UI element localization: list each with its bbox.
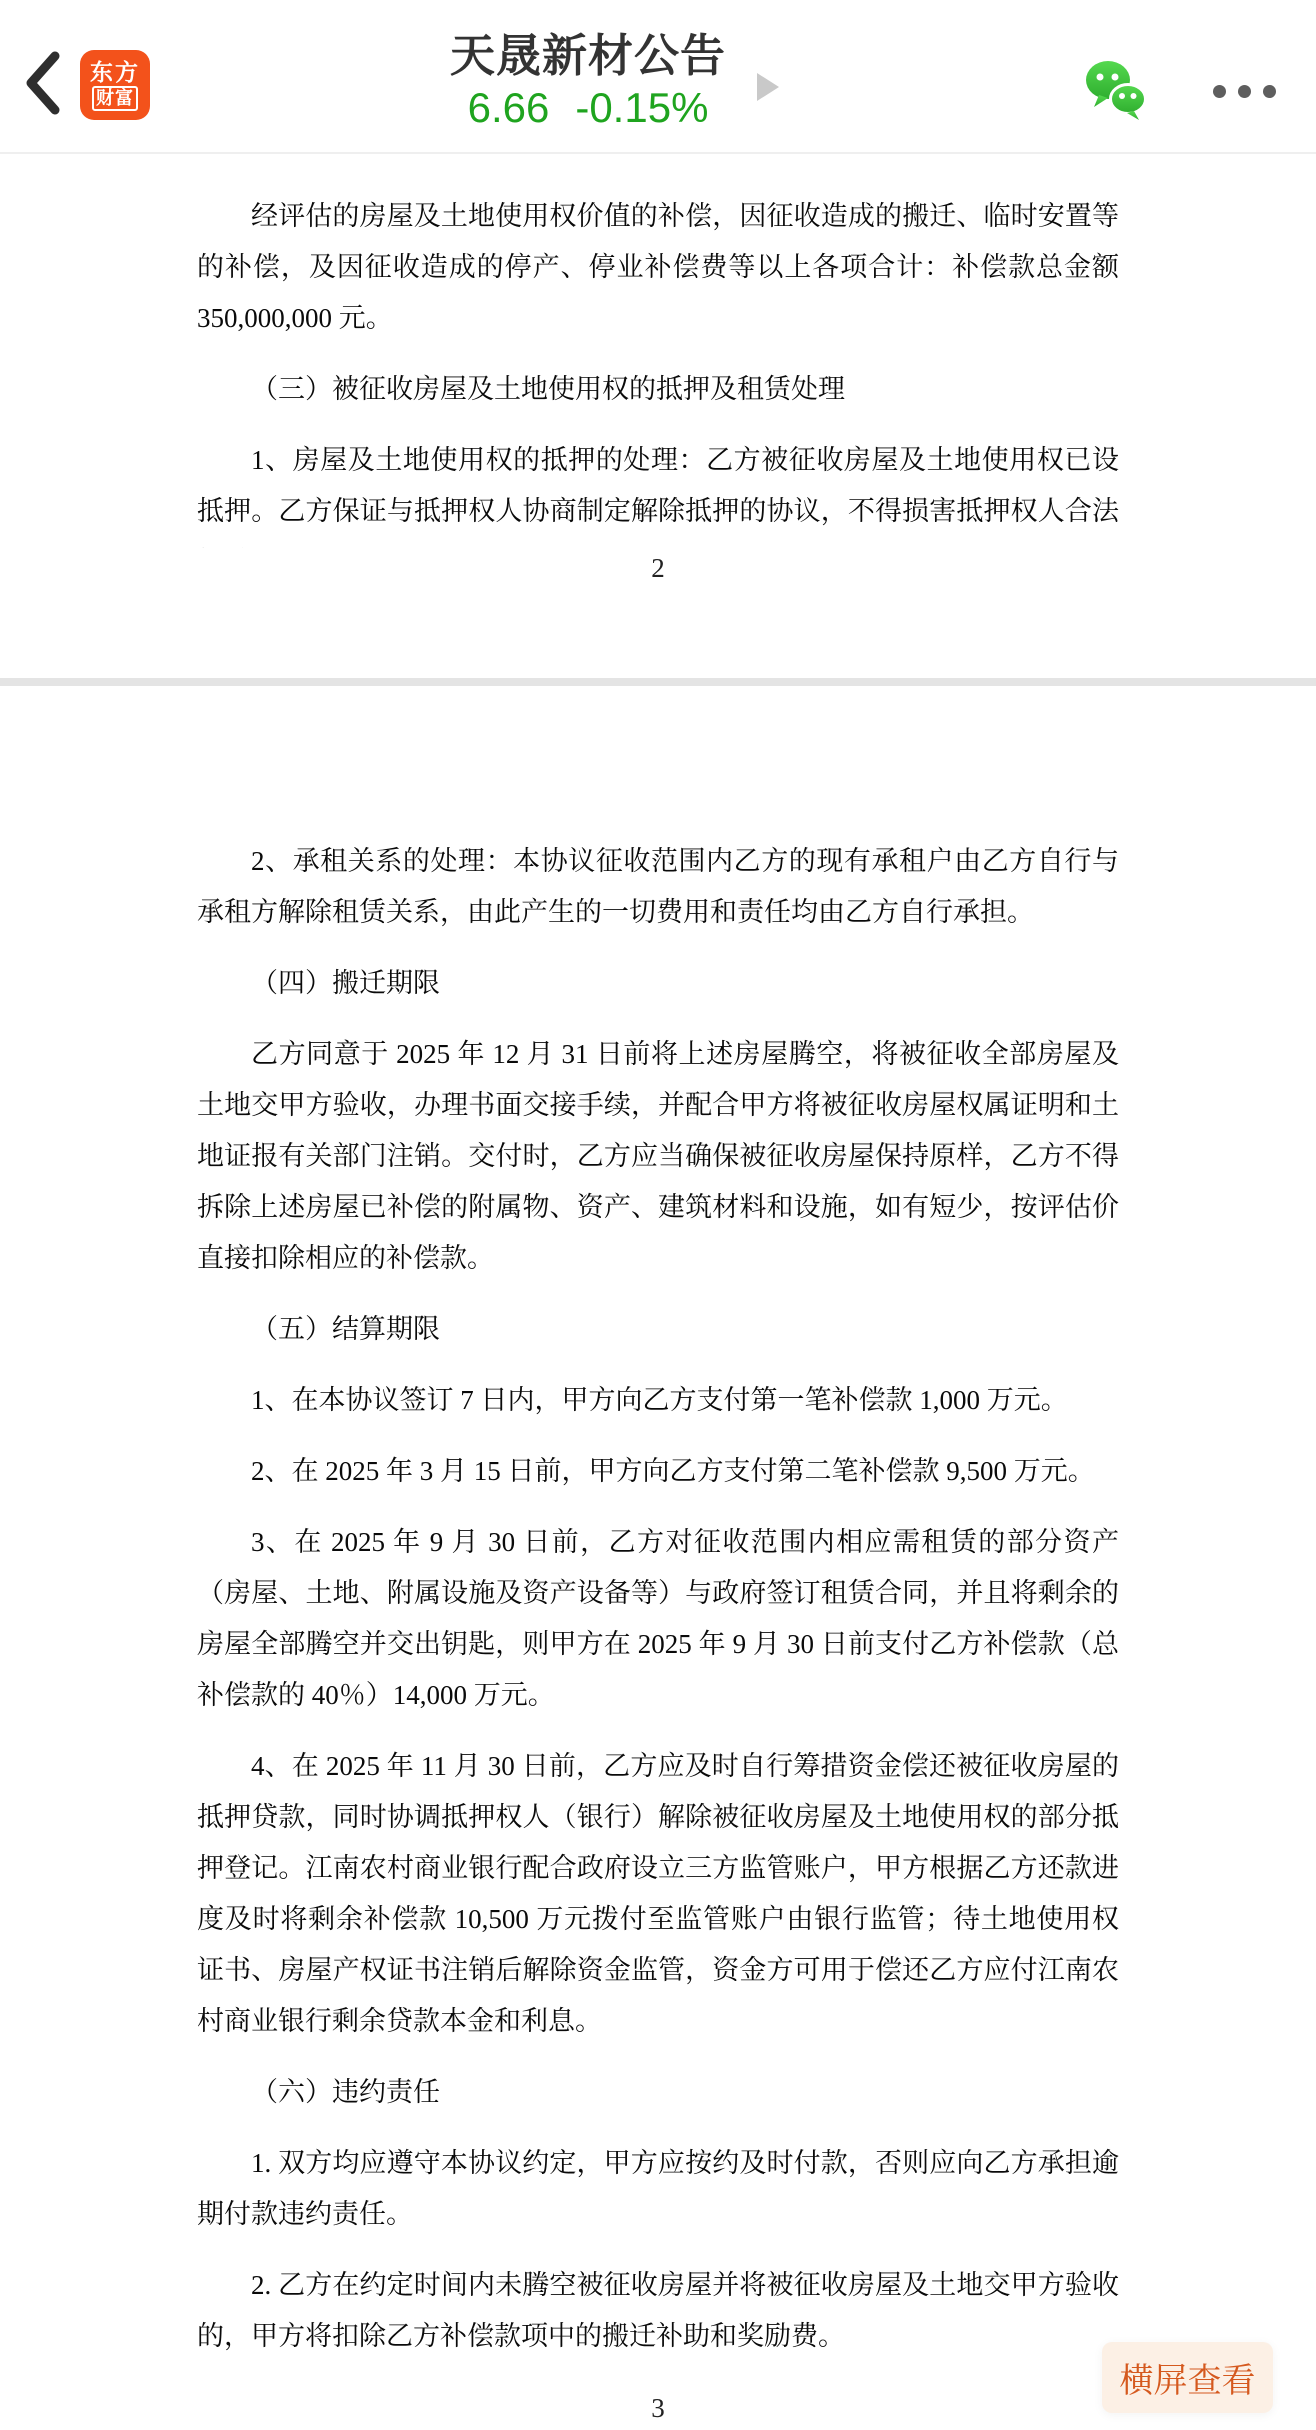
more-menu-button[interactable] [1204, 70, 1284, 112]
header-bar: 东方 财富 天晟新材公告 6.66-0.15% [0, 0, 1316, 154]
stock-quote: 6.66-0.15% [450, 88, 726, 128]
title-stock-block[interactable]: 天晟新材公告 6.66-0.15% [450, 0, 726, 128]
doc-paragraph: 经评估的房屋及土地使用权价值的补偿，因征收造成的搬迁、临时安置等的补偿，及因征收… [197, 191, 1119, 344]
doc-paragraph: 1、房屋及土地使用权的抵押的处理：乙方被征收房屋及土地使用权已设抵押。乙方保证与… [197, 435, 1119, 548]
page-number-3: 3 [197, 2388, 1119, 2428]
logo-text-bottom: 财富 [92, 86, 138, 111]
ellipsis-dot [1263, 85, 1276, 98]
doc-paragraph: 3、在 2025 年 9 月 30 日前，乙方对征收范围内相应需租赁的部分资产（… [197, 1517, 1119, 1721]
ellipsis-dot [1213, 85, 1226, 98]
logo-text-top: 东方 [90, 59, 140, 85]
document-viewer[interactable]: 经评估的房屋及土地使用权价值的补偿，因征收造成的搬迁、临时安置等的补偿，及因征收… [0, 152, 1316, 2430]
doc-paragraph: 4、在 2025 年 11 月 30 日前，乙方应及时自行筹措资金偿还被征收房屋… [197, 1741, 1119, 2047]
title-expand-icon[interactable] [757, 73, 779, 101]
stock-price: 6.66 [468, 84, 550, 131]
page-number-2: 2 [0, 548, 1316, 588]
pdf-page-2-content: 经评估的房屋及土地使用权价值的补偿，因征收造成的搬迁、临时安置等的补偿，及因征收… [197, 152, 1119, 548]
pdf-page-3-content: 2、承租关系的处理：本协议征收范围内乙方的现有承租户由乙方自行与承租方解除租赁关… [197, 686, 1119, 2428]
doc-paragraph: （三）被征收房屋及土地使用权的抵押及租赁处理 [197, 364, 1119, 415]
chevron-left-icon [24, 51, 62, 120]
wechat-icon [1084, 108, 1148, 125]
doc-paragraph: 2、在 2025 年 3 月 15 日前，甲方向乙方支付第二笔补偿款 9,500… [197, 1446, 1119, 1497]
landscape-view-button[interactable]: 横屏查看 [1102, 2342, 1273, 2413]
doc-paragraph: （六）违约责任 [197, 2067, 1119, 2118]
doc-paragraph: 2、承租关系的处理：本协议征收范围内乙方的现有承租户由乙方自行与承租方解除租赁关… [197, 836, 1119, 938]
doc-paragraph: 2. 乙方在约定时间内未腾空被征收房屋并将被征收房屋及土地交甲方验收的，甲方将扣… [197, 2260, 1119, 2362]
page-title: 天晟新材公告 [450, 32, 726, 80]
page-separator [0, 678, 1316, 686]
ellipsis-dot [1238, 85, 1251, 98]
doc-paragraph: 1. 双方均应遵守本协议约定，甲方应按约及时付款，否则应向乙方承担逾期付款违约责… [197, 2138, 1119, 2240]
doc-paragraph: （四）搬迁期限 [197, 958, 1119, 1009]
doc-paragraph: （五）结算期限 [197, 1304, 1119, 1355]
eastmoney-logo[interactable]: 东方 财富 [80, 50, 150, 120]
doc-paragraph: 1、在本协议签订 7 日内，甲方向乙方支付第一笔补偿款 1,000 万元。 [197, 1375, 1119, 1426]
stock-change: -0.15% [575, 84, 708, 131]
wechat-share-button[interactable] [1084, 59, 1148, 121]
back-button[interactable] [20, 50, 66, 120]
doc-paragraph: 乙方同意于 2025 年 12 月 31 日前将上述房屋腾空，将被征收全部房屋及… [197, 1029, 1119, 1284]
